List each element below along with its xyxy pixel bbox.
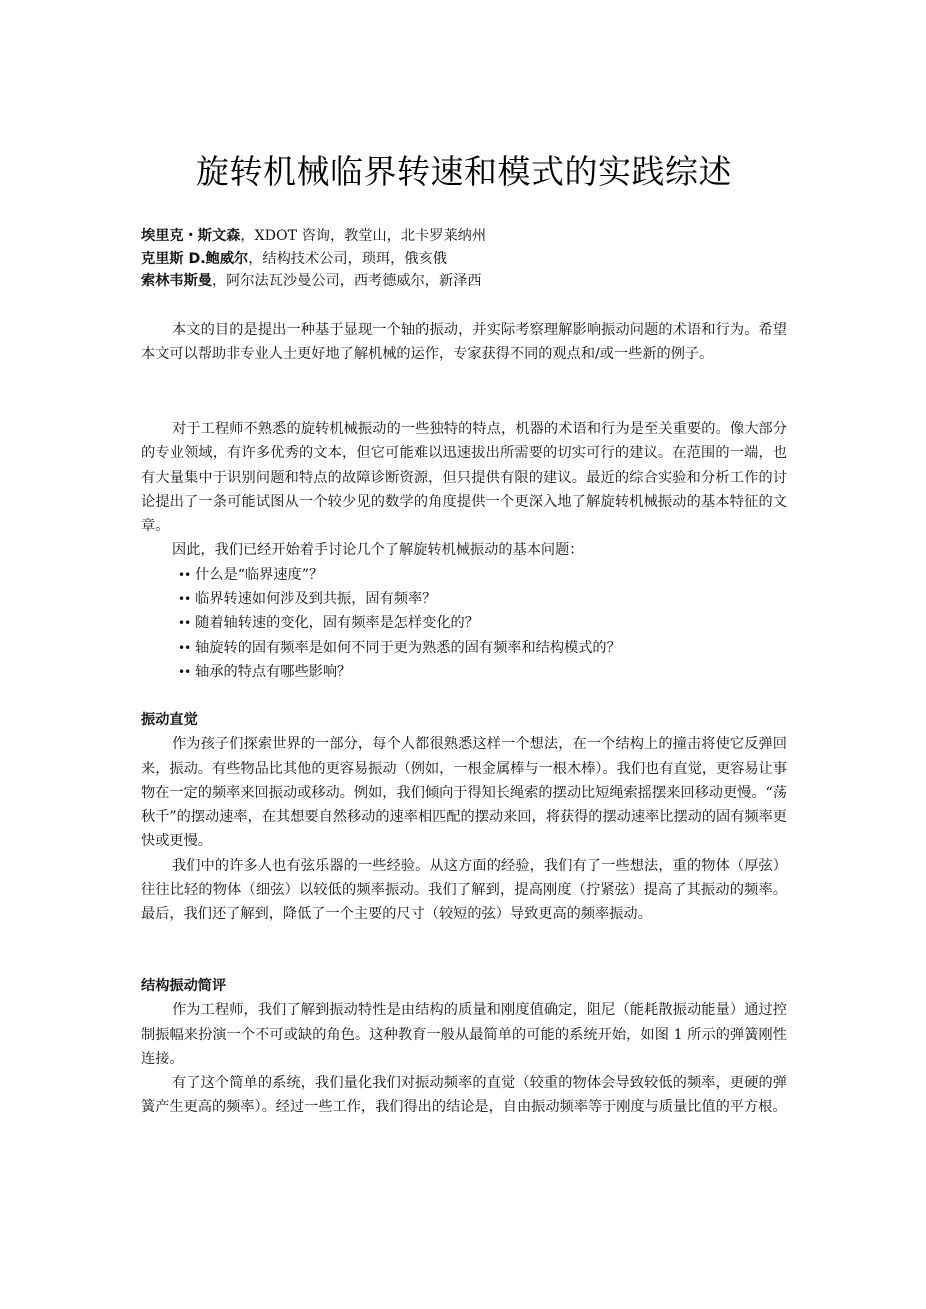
- author-affiliation: ，阿尔法瓦沙曼公司，西考德威尔，新泽西: [212, 273, 482, 289]
- author-affiliation: ，结构技术公司，琐珥，俄亥俄: [248, 251, 447, 267]
- question-item: ••随着轴转速的变化，固有频率是怎样变化的？: [178, 611, 787, 635]
- question-list: ••什么是“临界速度”？ ••临界转速如何涉及到共振，固有频率？ ••随着轴转速…: [141, 563, 787, 684]
- abstract-paragraph: 本文的目的是提出一种基于显现一个轴的振动，并实际考察理解影响振动问题的术语和行为…: [141, 318, 787, 367]
- bullet-icon: ••: [178, 665, 190, 679]
- author-name: 克里斯 D.鲍威尔: [141, 251, 248, 267]
- intro-paragraph: 对于工程师不熟悉的旋转机械振动的一些独特的特点，机器的术语和行为是至关重要的。像…: [141, 417, 787, 538]
- section-paragraph: 作为孩子们探索世界的一部分，每个人都很熟悉这样一个想法，在一个结构上的撞击将使它…: [141, 732, 787, 853]
- bullet-icon: ••: [178, 592, 190, 606]
- section-heading: 振动直觉: [141, 708, 787, 732]
- author-name: 埃里克・斯文森: [141, 228, 240, 244]
- bullet-icon: ••: [178, 568, 190, 582]
- section-paragraph: 我们中的许多人也有弦乐器的一些经验。从这方面的经验，我们有了一些想法，重的物体（…: [141, 854, 787, 927]
- section-paragraph: 有了这个简单的系统，我们量化我们对振动频率的直觉（较重的物体会导致较低的频率，更…: [141, 1071, 787, 1120]
- question-item: ••什么是“临界速度”？: [178, 563, 787, 587]
- section-structural-vibration-review: 结构振动简评 作为工程师，我们了解到振动特性是由结构的质量和刚度值确定，阻尼（能…: [141, 974, 787, 1120]
- section-vibration-intuition: 振动直觉 作为孩子们探索世界的一部分，每个人都很熟悉这样一个想法，在一个结构上的…: [141, 708, 787, 927]
- intro-block: 对于工程师不熟悉的旋转机械振动的一些独特的特点，机器的术语和行为是至关重要的。像…: [141, 417, 787, 684]
- question-item: ••轴承的特点有哪些影响？: [178, 660, 787, 684]
- author-entry: 克里斯 D.鲍威尔，结构技术公司，琐珥，俄亥俄: [141, 248, 486, 271]
- bullet-icon: ••: [178, 616, 190, 630]
- question-item: ••临界转速如何涉及到共振，固有频率？: [178, 587, 787, 611]
- document-title: 旋转机械临界转速和模式的实践综述: [141, 146, 787, 193]
- author-affiliation: ，XDOT 咨询，教堂山，北卡罗莱纳州: [240, 228, 486, 244]
- question-item: ••轴旋转的固有频率是如何不同于更为熟悉的固有频率和结构模式的？: [178, 636, 787, 660]
- bullet-icon: ••: [178, 641, 190, 655]
- author-entry: 索林韦斯曼，阿尔法瓦沙曼公司，西考德威尔，新泽西: [141, 270, 486, 293]
- author-list: 埃里克・斯文森，XDOT 咨询，教堂山，北卡罗莱纳州 克里斯 D.鲍威尔，结构技…: [141, 225, 486, 293]
- abstract-block: 本文的目的是提出一种基于显现一个轴的振动，并实际考察理解影响振动问题的术语和行为…: [141, 318, 787, 367]
- intro-paragraph: 因此，我们已经开始着手讨论几个了解旋转机械振动的基本问题：: [141, 538, 787, 562]
- section-heading: 结构振动简评: [141, 974, 787, 998]
- author-entry: 埃里克・斯文森，XDOT 咨询，教堂山，北卡罗莱纳州: [141, 225, 486, 248]
- section-paragraph: 作为工程师，我们了解到振动特性是由结构的质量和刚度值确定，阻尼（能耗散振动能量）…: [141, 998, 787, 1071]
- author-name: 索林韦斯曼: [141, 273, 212, 289]
